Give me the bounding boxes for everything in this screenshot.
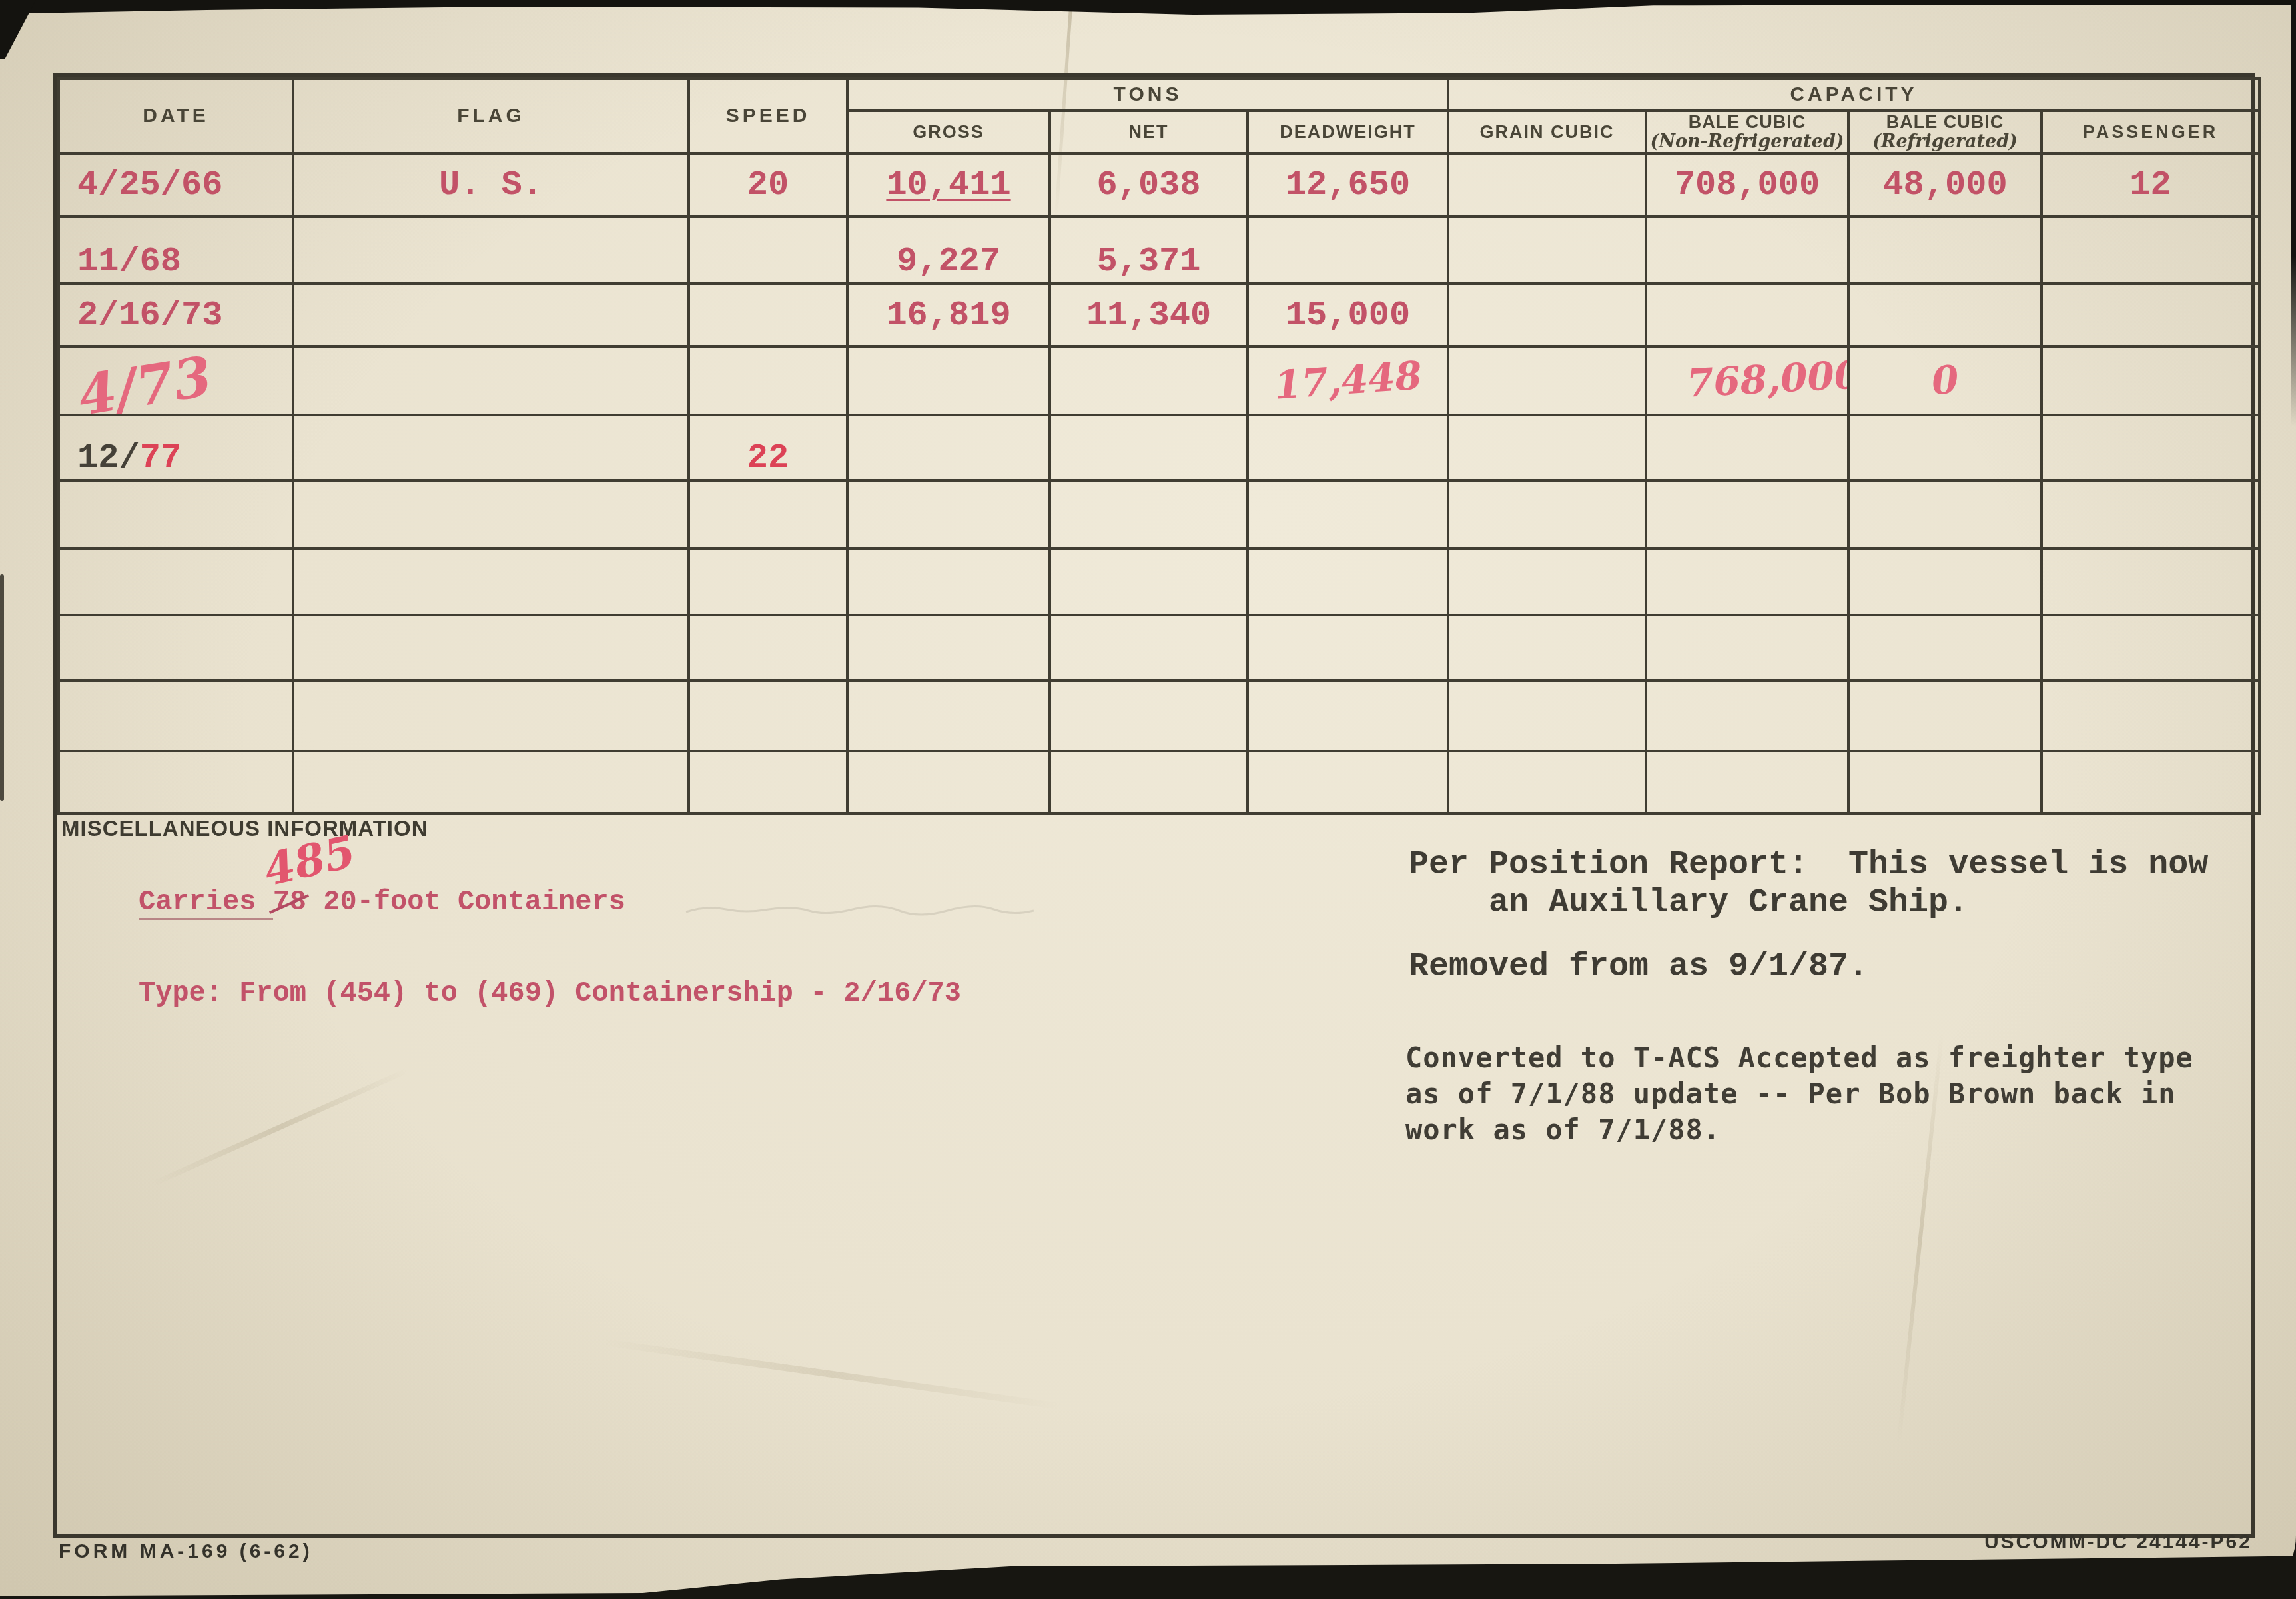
table-cell bbox=[847, 751, 1050, 813]
table-cell: 6,038 bbox=[1050, 153, 1248, 217]
carries-text-suffix: 20-foot Containers bbox=[306, 886, 625, 918]
table-cell: 11,340 bbox=[1050, 284, 1248, 346]
table-cell bbox=[1646, 217, 1848, 284]
table-cell bbox=[59, 548, 293, 615]
table-cell bbox=[1848, 615, 2042, 680]
erased-pencil-marks bbox=[677, 872, 1103, 925]
table-cell bbox=[2042, 346, 2259, 415]
table-cell: 20 bbox=[689, 153, 847, 217]
table-cell bbox=[1848, 284, 2042, 346]
cell-text: 4/73 bbox=[74, 346, 216, 415]
col-header-passenger: PASSENGER bbox=[2042, 111, 2259, 153]
table-cell: 22 bbox=[689, 415, 847, 480]
table-cell bbox=[293, 217, 689, 284]
table-cell bbox=[1050, 346, 1248, 415]
table-cell: 11/68 bbox=[59, 217, 293, 284]
table-cell bbox=[2042, 615, 2259, 680]
table-cell bbox=[689, 480, 847, 548]
table-cell: 4/73 bbox=[59, 346, 293, 415]
table-cell bbox=[293, 480, 689, 548]
table-cell bbox=[1848, 217, 2042, 284]
table-cell bbox=[689, 346, 847, 415]
table-cell bbox=[59, 751, 293, 813]
table-cell bbox=[59, 680, 293, 751]
paper-sheet: DATE FLAG SPEED TONS CAPACITY GROSS NET … bbox=[0, 5, 2296, 1599]
table-cell bbox=[1646, 480, 1848, 548]
cell-text: 12,650 bbox=[1286, 165, 1410, 205]
table-row: 11/689,2275,371 bbox=[59, 217, 2259, 284]
table-cell bbox=[847, 615, 1050, 680]
table-cell bbox=[2042, 751, 2259, 813]
table-cell bbox=[847, 680, 1050, 751]
table-cell bbox=[1050, 751, 1248, 813]
converted-note-line1: Converted to T-ACS Accepted as freighter… bbox=[1405, 1041, 2193, 1074]
table-cell bbox=[1448, 615, 1646, 680]
table-row: 4/7317,448768,0000 bbox=[59, 346, 2259, 415]
struck-container-count: 78 bbox=[273, 886, 306, 918]
table-cell bbox=[293, 284, 689, 346]
cell-text: 0 bbox=[1930, 356, 1960, 404]
table-cell bbox=[2042, 680, 2259, 751]
table-row: 4/25/66U. S.2010,4116,03812,650708,00048… bbox=[59, 153, 2259, 217]
table-cell bbox=[1448, 751, 1646, 813]
table-cell bbox=[2042, 480, 2259, 548]
vessel-record-table: DATE FLAG SPEED TONS CAPACITY GROSS NET … bbox=[57, 77, 2261, 815]
cell-text: 12 bbox=[2129, 165, 2171, 205]
cell-text: 77 bbox=[140, 438, 181, 478]
table-cell bbox=[689, 548, 847, 615]
table-cell bbox=[1646, 548, 1848, 615]
table-cell: 768,000 bbox=[1646, 346, 1848, 415]
table-cell: 2/16/73 bbox=[59, 284, 293, 346]
table-cell bbox=[1448, 480, 1646, 548]
table-row bbox=[59, 751, 2259, 813]
table-header: DATE FLAG SPEED TONS CAPACITY GROSS NET … bbox=[59, 79, 2259, 153]
table-cell bbox=[1448, 284, 1646, 346]
table-cell: 12/77 bbox=[59, 415, 293, 480]
table-cell bbox=[293, 415, 689, 480]
table-cell bbox=[1248, 680, 1448, 751]
table-cell bbox=[2042, 217, 2259, 284]
table-cell bbox=[1050, 548, 1248, 615]
table-cell: 12 bbox=[2042, 153, 2259, 217]
table-cell bbox=[847, 415, 1050, 480]
col-header-flag: FLAG bbox=[293, 79, 689, 153]
scanned-document: DATE FLAG SPEED TONS CAPACITY GROSS NET … bbox=[0, 0, 2296, 1599]
cell-text: 22 bbox=[747, 438, 789, 478]
table-cell: 9,227 bbox=[847, 217, 1050, 284]
table-cell bbox=[1848, 548, 2042, 615]
carries-containers-note: Carries 78 20-foot Containers bbox=[139, 886, 625, 918]
table-cell bbox=[2042, 284, 2259, 346]
table-cell bbox=[1448, 680, 1646, 751]
table-cell bbox=[1848, 680, 2042, 751]
table-cell bbox=[1646, 680, 1848, 751]
col-header-gross: GROSS bbox=[847, 111, 1050, 153]
col-header-label: GROSS bbox=[849, 122, 1048, 143]
table-cell bbox=[1050, 615, 1248, 680]
table-cell bbox=[847, 480, 1050, 548]
table-cell bbox=[1050, 415, 1248, 480]
col-header-date: DATE bbox=[59, 79, 293, 153]
cell-text: 4/25/66 bbox=[77, 165, 222, 205]
miscellaneous-section: MISCELLANEOUS INFORMATION 485 Carries 78… bbox=[57, 815, 2251, 1548]
cell-text: 768,000 bbox=[1685, 352, 1848, 406]
table-cell bbox=[1248, 480, 1448, 548]
col-header-bale-cubic-ref: BALE CUBIC (Refrigerated) bbox=[1848, 111, 2042, 153]
table-cell bbox=[689, 217, 847, 284]
cell-text: 2/16/73 bbox=[77, 296, 222, 335]
table-cell bbox=[2042, 415, 2259, 480]
table-cell bbox=[1448, 415, 1646, 480]
col-header-label: BALE CUBIC bbox=[1850, 112, 2040, 133]
table-row bbox=[59, 480, 2259, 548]
table-cell bbox=[1448, 346, 1646, 415]
col-header-speed: SPEED bbox=[689, 79, 847, 153]
position-report-line2: an Auxillary Crane Ship. bbox=[1489, 884, 1968, 922]
table-cell bbox=[1248, 415, 1448, 480]
col-header-net: NET bbox=[1050, 111, 1248, 153]
cell-text: 20 bbox=[747, 165, 789, 205]
cell-text: U. S. bbox=[439, 165, 543, 205]
col-group-tons: TONS bbox=[847, 79, 1448, 111]
table-cell bbox=[847, 346, 1050, 415]
table-row: 2/16/7316,81911,34015,000 bbox=[59, 284, 2259, 346]
col-header-bale-cubic-nonref: BALE CUBIC (Non-Refrigerated) bbox=[1646, 111, 1848, 153]
col-header-sublabel: (Refrigerated) bbox=[1850, 131, 2040, 152]
table-cell bbox=[689, 680, 847, 751]
table-cell bbox=[2042, 548, 2259, 615]
col-header-deadweight: DEADWEIGHT bbox=[1248, 111, 1448, 153]
cell-text: 16,819 bbox=[886, 296, 1010, 335]
table-cell: 5,371 bbox=[1050, 217, 1248, 284]
position-report-line1: Per Position Report: This vessel is now bbox=[1409, 846, 2208, 884]
table-cell bbox=[1248, 548, 1448, 615]
converted-note-line3: work as of 7/1/88. bbox=[1405, 1113, 1721, 1146]
misc-section-label: MISCELLANEOUS INFORMATION bbox=[61, 816, 428, 841]
type-change-note: Type: From (454) to (469) Containership … bbox=[139, 977, 961, 1009]
cell-text: 11,340 bbox=[1086, 296, 1211, 335]
cell-text: 6,038 bbox=[1096, 165, 1200, 205]
col-group-capacity: CAPACITY bbox=[1448, 79, 2259, 111]
table-cell bbox=[1848, 480, 2042, 548]
cell-text: 12/ bbox=[77, 438, 140, 478]
cell-text: 17,448 bbox=[1272, 352, 1423, 408]
table-cell bbox=[59, 480, 293, 548]
table-cell: 708,000 bbox=[1646, 153, 1848, 217]
table-cell: 0 bbox=[1848, 346, 2042, 415]
form-border-box: DATE FLAG SPEED TONS CAPACITY GROSS NET … bbox=[53, 73, 2255, 1538]
table-cell: 12,650 bbox=[1248, 153, 1448, 217]
table-cell bbox=[1448, 153, 1646, 217]
table-cell bbox=[1248, 217, 1448, 284]
table-cell: 16,819 bbox=[847, 284, 1050, 346]
table-cell: 15,000 bbox=[1248, 284, 1448, 346]
print-code: USCOMM-DC 24144-P62 bbox=[1984, 1531, 2252, 1554]
cell-text: 5,371 bbox=[1096, 242, 1200, 281]
table-cell bbox=[1646, 284, 1848, 346]
col-header-label: NET bbox=[1051, 122, 1246, 143]
table-cell: 4/25/66 bbox=[59, 153, 293, 217]
removed-note: Removed from as 9/1/87. bbox=[1409, 948, 1868, 986]
col-header-grain-cubic: GRAIN CUBIC bbox=[1448, 111, 1646, 153]
cell-text: 9,227 bbox=[897, 242, 1000, 281]
col-header-label: DEADWEIGHT bbox=[1249, 122, 1447, 143]
table-cell: 17,448 bbox=[1248, 346, 1448, 415]
table-cell bbox=[59, 615, 293, 680]
table-cell bbox=[1050, 680, 1248, 751]
scan-edge-left bbox=[0, 574, 4, 801]
table-cell bbox=[689, 284, 847, 346]
cell-text: 11/68 bbox=[77, 242, 181, 281]
col-header-label: BALE CUBIC bbox=[1647, 112, 1847, 133]
table-cell bbox=[1848, 751, 2042, 813]
table-cell bbox=[1646, 751, 1848, 813]
col-header-label: PASSENGER bbox=[2043, 122, 2258, 143]
col-header-label: GRAIN CUBIC bbox=[1449, 122, 1645, 143]
table-cell bbox=[1050, 480, 1248, 548]
col-header-sublabel: (Non-Refrigerated) bbox=[1647, 131, 1847, 152]
table-cell bbox=[293, 615, 689, 680]
carries-text: Carries bbox=[139, 886, 273, 920]
table-cell bbox=[293, 680, 689, 751]
table-cell bbox=[1848, 415, 2042, 480]
scan-edge-right bbox=[2291, 0, 2296, 426]
table-row bbox=[59, 615, 2259, 680]
header-row-groups: DATE FLAG SPEED TONS CAPACITY bbox=[59, 79, 2259, 111]
table-row bbox=[59, 548, 2259, 615]
converted-note-line2: as of 7/1/88 update -- Per Bob Brown bac… bbox=[1405, 1077, 2176, 1110]
table-row bbox=[59, 680, 2259, 751]
table-cell bbox=[1448, 548, 1646, 615]
cell-text: 15,000 bbox=[1286, 296, 1410, 335]
table-cell bbox=[689, 615, 847, 680]
table-cell: 10,411 bbox=[847, 153, 1050, 217]
form-number: FORM MA-169 (6-62) bbox=[59, 1540, 313, 1563]
table-cell bbox=[293, 548, 689, 615]
table-cell bbox=[293, 751, 689, 813]
table-cell bbox=[1646, 415, 1848, 480]
table-cell bbox=[847, 548, 1050, 615]
cell-text: 10,411 bbox=[886, 165, 1010, 205]
cell-text: 708,000 bbox=[1675, 165, 1820, 205]
cell-text: 48,000 bbox=[1882, 165, 2007, 205]
table-row: 12/7722 bbox=[59, 415, 2259, 480]
table-cell bbox=[293, 346, 689, 415]
table-cell bbox=[1248, 751, 1448, 813]
table-cell bbox=[1248, 615, 1448, 680]
table-cell: U. S. bbox=[293, 153, 689, 217]
table-body: 4/25/66U. S.2010,4116,03812,650708,00048… bbox=[59, 153, 2259, 813]
table-cell bbox=[689, 751, 847, 813]
table-cell bbox=[1448, 217, 1646, 284]
table-cell bbox=[1646, 615, 1848, 680]
table-cell: 48,000 bbox=[1848, 153, 2042, 217]
